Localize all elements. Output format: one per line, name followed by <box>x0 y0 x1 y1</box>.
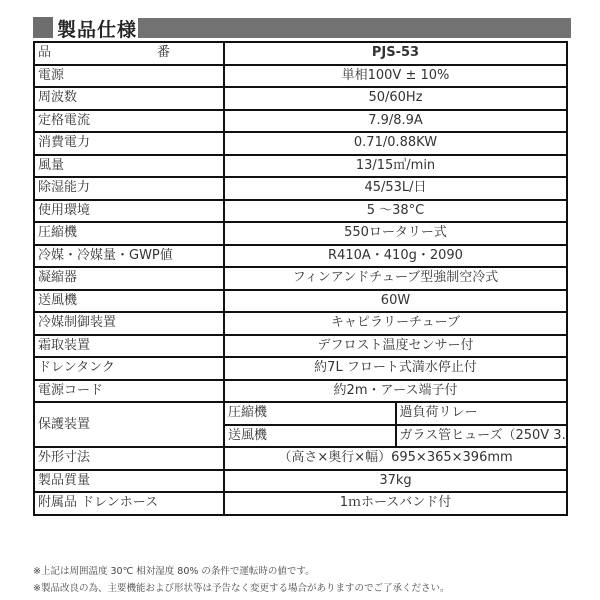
row-value: 45/53L/日 <box>224 177 567 200</box>
row-value: 7.9/8.9A <box>224 110 567 133</box>
row-label: 使用環境 <box>34 200 224 223</box>
model-value: PJS-53 <box>224 42 567 65</box>
row-value: 37kg <box>224 470 567 493</box>
row-value: 50/60Hz <box>224 87 567 110</box>
table-row: 冷媒・冷媒量・GWP値R410A・410g・2090 <box>34 245 567 268</box>
row-label: 凝縮器 <box>34 267 224 290</box>
row-value: 約2m・アース端子付 <box>224 380 567 403</box>
row-label: 冷媒制御装置 <box>34 312 224 335</box>
row-value: 5 ～38°C <box>224 200 567 223</box>
table-row: 除湿能力45/53L/日 <box>34 177 567 200</box>
table-row: 消費電力0.71/0.88KW <box>34 132 567 155</box>
row-value: 0.71/0.88KW <box>224 132 567 155</box>
row-value: 約7L フロート式満水停止付 <box>224 357 567 380</box>
sub-label: 送風機 <box>224 425 396 448</box>
footnote: ※製品改良の為、主要機能および形状等は予告なく変更する場合がありますのでご了承く… <box>33 580 449 597</box>
table-row-model: 品 番 PJS-53 <box>34 42 567 65</box>
table-row: 圧縮機550ロータリー式 <box>34 222 567 245</box>
table-row: 霜取装置デフロスト温度センサー付 <box>34 335 567 358</box>
row-label: 風量 <box>34 155 224 178</box>
sub-label: 圧縮機 <box>224 402 396 425</box>
table-row: 製品質量37kg <box>34 470 567 493</box>
table-row: 凝縮器フィンアンドチューブ型強制空冷式 <box>34 267 567 290</box>
row-value: R410A・410g・2090 <box>224 245 567 268</box>
table-row: 外形寸法（高さ×奥行×幅）695×365×396mm <box>34 447 567 470</box>
table-row: 冷媒制御装置キャピラリーチューブ <box>34 312 567 335</box>
section-title: 製品仕様 <box>57 15 137 42</box>
model-label-part-a: 品 <box>38 43 51 63</box>
row-label: 霜取装置 <box>34 335 224 358</box>
row-value: キャピラリーチューブ <box>224 312 567 335</box>
row-label: 送風機 <box>34 290 224 313</box>
table-row: 電源コード約2m・アース端子付 <box>34 380 567 403</box>
row-label: 定格電流 <box>34 110 224 133</box>
table-row: 電源単相100V ± 10% <box>34 65 567 88</box>
row-label: ドレンタンク <box>34 357 224 380</box>
row-value: デフロスト温度センサー付 <box>224 335 567 358</box>
row-label: 附属品 ドレンホース <box>34 492 224 515</box>
footnotes: ※上記は周囲温度 30℃ 相対湿度 80% の条件で運転時の値です。 ※製品改良… <box>33 563 449 597</box>
row-value: フィンアンドチューブ型強制空冷式 <box>224 267 567 290</box>
row-value: 550ロータリー式 <box>224 222 567 245</box>
row-value: （高さ×奥行×幅）695×365×396mm <box>224 447 567 470</box>
spec-table: 品 番 PJS-53 電源単相100V ± 10% 周波数50/60Hz 定格電… <box>33 41 568 516</box>
header-bar <box>138 18 571 38</box>
row-label: 保護装置 <box>34 402 224 447</box>
row-value: 単相100V ± 10% <box>224 65 567 88</box>
row-label: 外形寸法 <box>34 447 224 470</box>
table-row: ドレンタンク約7L フロート式満水停止付 <box>34 357 567 380</box>
row-label: 消費電力 <box>34 132 224 155</box>
footnote: ※上記は周囲温度 30℃ 相対湿度 80% の条件で運転時の値です。 <box>33 563 449 580</box>
sub-value: ガラス管ヒューズ（250V 3.15A） <box>396 425 568 448</box>
table-row: 定格電流7.9/8.9A <box>34 110 567 133</box>
row-label: 品 番 <box>34 42 224 65</box>
row-label: 圧縮機 <box>34 222 224 245</box>
table-row: 周波数50/60Hz <box>34 87 567 110</box>
row-label: 除湿能力 <box>34 177 224 200</box>
row-label: 周波数 <box>34 87 224 110</box>
table-row: 使用環境5 ～38°C <box>34 200 567 223</box>
table-row: 送風機60W <box>34 290 567 313</box>
model-label-part-b: 番 <box>157 43 170 63</box>
row-label: 製品質量 <box>34 470 224 493</box>
sub-value: 過負荷リレー <box>396 402 568 425</box>
table-row: 附属品 ドレンホース1ｍホースバンド付 <box>34 492 567 515</box>
table-row-protection: 保護装置 圧縮機 過負荷リレー <box>34 402 567 425</box>
row-label: 冷媒・冷媒量・GWP値 <box>34 245 224 268</box>
table-row: 風量13/15㎥/min <box>34 155 567 178</box>
header-square-marker <box>33 17 53 38</box>
row-value: 1ｍホースバンド付 <box>224 492 567 515</box>
row-label: 電源コード <box>34 380 224 403</box>
row-value: 13/15㎥/min <box>224 155 567 178</box>
row-value: 60W <box>224 290 567 313</box>
row-label: 電源 <box>34 65 224 88</box>
section-header: 製品仕様 <box>33 17 571 39</box>
